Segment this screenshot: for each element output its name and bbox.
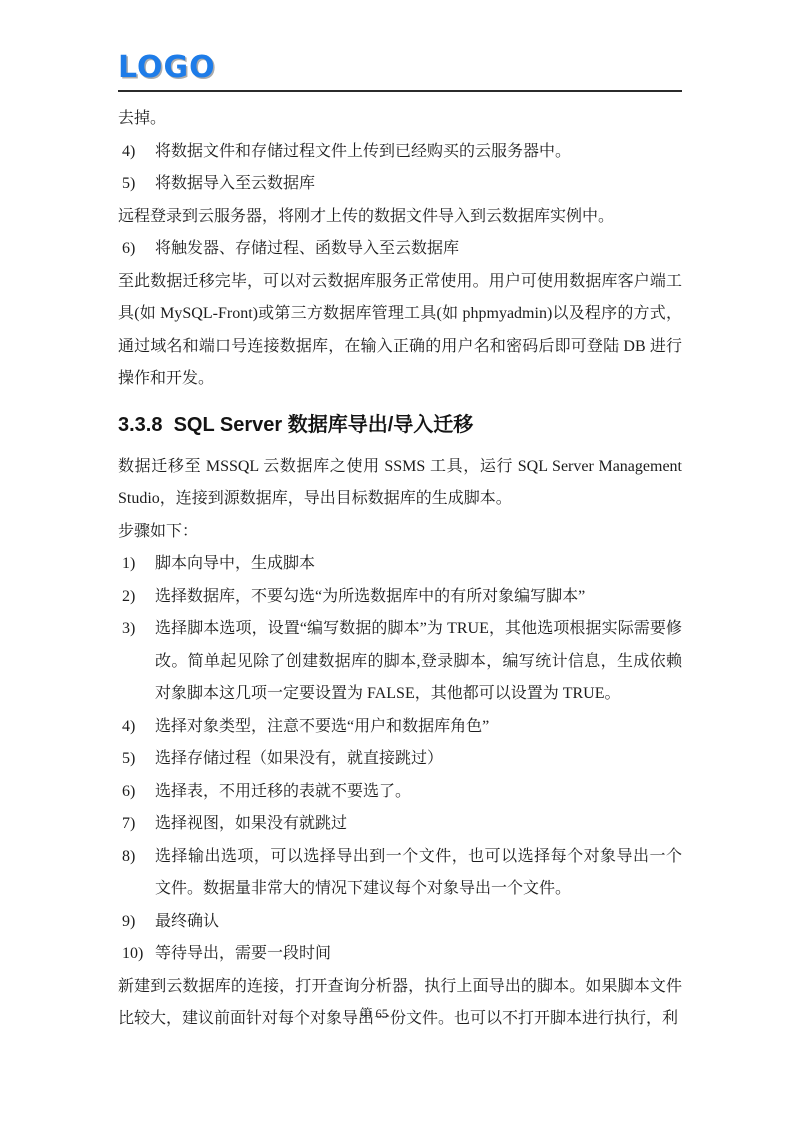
paragraph: 去掉。 bbox=[118, 103, 682, 136]
list-number: 4) bbox=[122, 711, 135, 744]
list-number: 3) bbox=[122, 613, 135, 646]
list-item: 9) 最终确认 bbox=[118, 906, 682, 939]
list-number: 5) bbox=[122, 743, 135, 776]
page-number: 第 65 bbox=[360, 1004, 388, 1024]
list-number: 6) bbox=[122, 776, 135, 809]
list-number: 10) bbox=[122, 938, 143, 971]
list-item: 7) 选择视图，如果没有就跳过 bbox=[118, 808, 682, 841]
list-text: 将数据文件和存储过程文件上传到已经购买的云服务器中。 bbox=[155, 143, 571, 160]
list-item: 5) 选择存储过程（如果没有，就直接跳过） bbox=[118, 743, 682, 776]
paragraph: 步骤如下： bbox=[118, 516, 682, 549]
list-number: 1) bbox=[122, 548, 135, 581]
list-text: 将数据导入至云数据库 bbox=[155, 175, 315, 192]
document-page: LOGO 去掉。 4) 将数据文件和存储过程文件上传到已经购买的云服务器中。 5… bbox=[0, 0, 800, 1132]
page-footer: 第 65 bbox=[0, 1004, 800, 1024]
list-item: 4) 选择对象类型，注意不要选“用户和数据库角色” bbox=[118, 711, 682, 744]
list-item: 8) 选择输出选项，可以选择导出到一个文件，也可以选择每个对象导出一个文件。数据… bbox=[118, 841, 682, 906]
document-body: 去掉。 4) 将数据文件和存储过程文件上传到已经购买的云服务器中。 5) 将数据… bbox=[118, 103, 682, 1036]
list-item: 2) 选择数据库，不要勾选“为所选数据库中的有所对象编写脚本” bbox=[118, 581, 682, 614]
list-number: 4) bbox=[122, 136, 135, 169]
paragraph: 新建到云数据库的连接，打开查询分析器，执行上面导出的脚本。如果脚本文件比较大，建… bbox=[118, 971, 682, 1036]
header-divider bbox=[118, 90, 682, 92]
list-item: 3) 选择脚本选项，设置“编写数据的脚本”为 TRUE，其他选项根据实际需要修改… bbox=[118, 613, 682, 711]
document-header: LOGO bbox=[118, 52, 682, 92]
list-text: 将触发器、存储过程、函数导入至云数据库 bbox=[155, 240, 459, 257]
list-number: 9) bbox=[122, 906, 135, 939]
list-number: 8) bbox=[122, 841, 135, 874]
list-number: 5) bbox=[122, 168, 135, 201]
list-text: 选择脚本选项，设置“编写数据的脚本”为 TRUE，其他选项根据实际需要修改。简单… bbox=[155, 620, 682, 702]
paragraph: 数据迁移至 MSSQL 云数据库之使用 SSMS 工具，运行 SQL Serve… bbox=[118, 451, 682, 516]
list-text: 选择对象类型，注意不要选“用户和数据库角色” bbox=[155, 718, 489, 735]
list-item: 4) 将数据文件和存储过程文件上传到已经购买的云服务器中。 bbox=[118, 136, 682, 169]
list-item: 6) 选择表，不用迁移的表就不要选了。 bbox=[118, 776, 682, 809]
list-text: 选择视图，如果没有就跳过 bbox=[155, 815, 347, 832]
list-text: 选择数据库，不要勾选“为所选数据库中的有所对象编写脚本” bbox=[155, 588, 585, 605]
section-heading: 3.3.8 SQL Server 数据库导出/导入迁移 bbox=[118, 410, 682, 440]
list-text: 选择存储过程（如果没有，就直接跳过） bbox=[155, 750, 443, 767]
list-number: 2) bbox=[122, 581, 135, 614]
list-item: 10) 等待导出，需要一段时间 bbox=[118, 938, 682, 971]
list-text: 脚本向导中，生成脚本 bbox=[155, 555, 315, 572]
logo: LOGO bbox=[118, 52, 682, 84]
list-text: 选择输出选项，可以选择导出到一个文件，也可以选择每个对象导出一个文件。数据量非常… bbox=[155, 848, 682, 898]
list-number: 6) bbox=[122, 233, 135, 266]
paragraph: 远程登录到云服务器，将刚才上传的数据文件导入到云数据库实例中。 bbox=[118, 201, 682, 234]
paragraph: 至此数据迁移完毕，可以对云数据库服务正常使用。用户可使用数据库客户端工具(如 M… bbox=[118, 266, 682, 396]
list-text: 等待导出，需要一段时间 bbox=[155, 945, 331, 962]
list-item: 1) 脚本向导中，生成脚本 bbox=[118, 548, 682, 581]
list-text: 选择表，不用迁移的表就不要选了。 bbox=[155, 783, 411, 800]
list-item: 6) 将触发器、存储过程、函数导入至云数据库 bbox=[118, 233, 682, 266]
list-text: 最终确认 bbox=[155, 913, 219, 930]
list-item: 5) 将数据导入至云数据库 bbox=[118, 168, 682, 201]
list-number: 7) bbox=[122, 808, 135, 841]
